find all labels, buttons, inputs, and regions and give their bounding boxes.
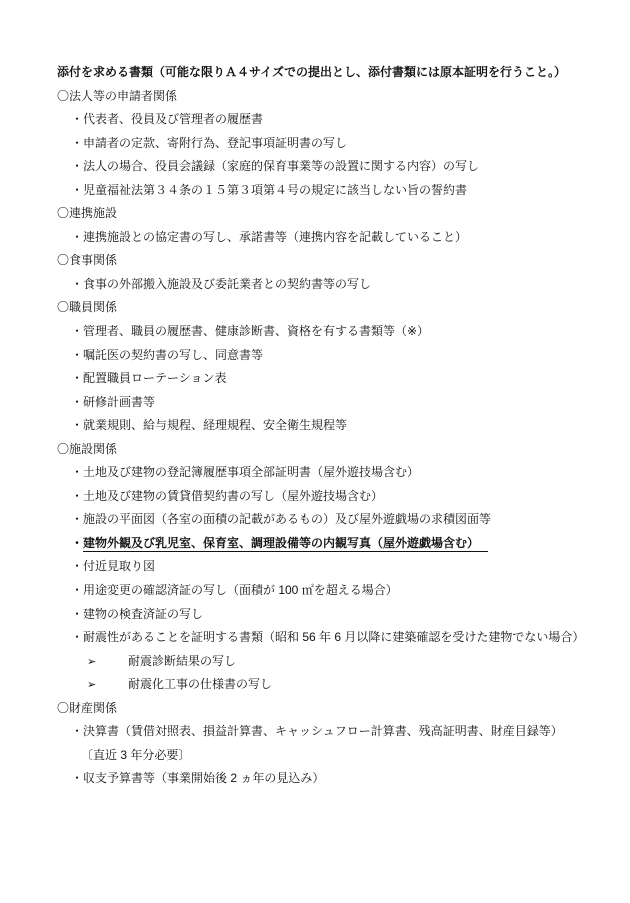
doc-item: ・管理者、職員の履歴書、健康診断書、資格を有する書類等（※） xyxy=(57,320,612,344)
doc-item: ・施設の平面図（各室の面積の記載があるもの）及び屋外遊戯場の求積図面等 xyxy=(57,508,612,532)
doc-item: ・配置職員ローテーション表 xyxy=(57,367,612,391)
document-page: 添付を求める書類（可能な限りＡ４サイズでの提出とし、添付書類には原本証明を行うこ… xyxy=(0,0,630,903)
section-heading-meals: 〇食事関係 xyxy=(57,249,612,273)
subitem-text: 耐震診断結果の写し xyxy=(128,654,236,668)
doc-item: ・代表者、役員及び管理者の履歴書 xyxy=(57,108,612,132)
doc-item: ・付近見取り図 xyxy=(57,555,612,579)
doc-item: ・申請者の定款、寄附行為、登記事項証明書の写し xyxy=(57,132,612,156)
section-heading-partner-facility: 〇連携施設 xyxy=(57,202,612,226)
doc-item: ・建物の検査済証の写し xyxy=(57,603,612,627)
doc-item: ・用途変更の確認済証の写し（面積が 100 ㎡を超える場合） xyxy=(57,579,612,603)
doc-item: ・連携施設との協定書の写し、承諾書等（連携内容を記載していること） xyxy=(57,226,612,250)
doc-item: ・研修計画書等 xyxy=(57,391,612,415)
section-heading-assets: 〇財産関係 xyxy=(57,697,612,721)
doc-item: ・就業規則、給与規程、経理規程、安全衛生規程等 xyxy=(57,414,612,438)
emphasized-text: 建物外観及び乳児室、保育室、調理設備等の内観写真（屋外遊戯場含む） xyxy=(83,536,488,552)
section-heading-facility: 〇施設関係 xyxy=(57,438,612,462)
doc-item: ・児童福祉法第３４条の１５第３項第４号の規定に該当しない旨の誓約書 xyxy=(57,179,612,203)
doc-note: 〔直近 3 年分必要〕 xyxy=(57,744,612,768)
doc-subitem: ➢耐震診断結果の写し xyxy=(57,650,612,674)
doc-item: ・嘱託医の契約書の写し、同意書等 xyxy=(57,344,612,368)
arrow-bullet-icon: ➢ xyxy=(87,651,128,675)
doc-item: ・法人の場合、役員会議録（家庭的保育事業等の設置に関する内容）の写し xyxy=(57,155,612,179)
doc-subitem: ➢耐震化工事の仕様書の写し xyxy=(57,673,612,697)
section-heading-staff: 〇職員関係 xyxy=(57,296,612,320)
document-title: 添付を求める書類（可能な限りＡ４サイズでの提出とし、添付書類には原本証明を行うこ… xyxy=(57,61,612,85)
doc-item: ・耐震性があることを証明する書類（昭和 56 年 6 月以降に建築確認を受けた建… xyxy=(57,626,612,650)
bullet-marker: ・ xyxy=(71,536,83,550)
doc-item: ・土地及び建物の賃貸借契約書の写し（屋外遊技場含む） xyxy=(57,485,612,509)
doc-item: ・土地及び建物の登記簿履歴事項全部証明書（屋外遊技場含む） xyxy=(57,461,612,485)
subitem-text: 耐震化工事の仕様書の写し xyxy=(128,677,272,691)
section-heading-applicant: 〇法人等の申請者関係 xyxy=(57,85,612,109)
doc-item: ・決算書（賃借対照表、損益計算書、キャッシュフロー計算書、残高証明書、財産目録等… xyxy=(57,720,612,744)
arrow-bullet-icon: ➢ xyxy=(87,674,128,698)
doc-item-emphasized: ・建物外観及び乳児室、保育室、調理設備等の内観写真（屋外遊戯場含む） xyxy=(57,532,612,556)
doc-item: ・食事の外部搬入施設及び委託業者との契約書等の写し xyxy=(57,273,612,297)
doc-item: ・収支予算書等（事業開始後 2 ヵ年の見込み） xyxy=(57,767,612,791)
